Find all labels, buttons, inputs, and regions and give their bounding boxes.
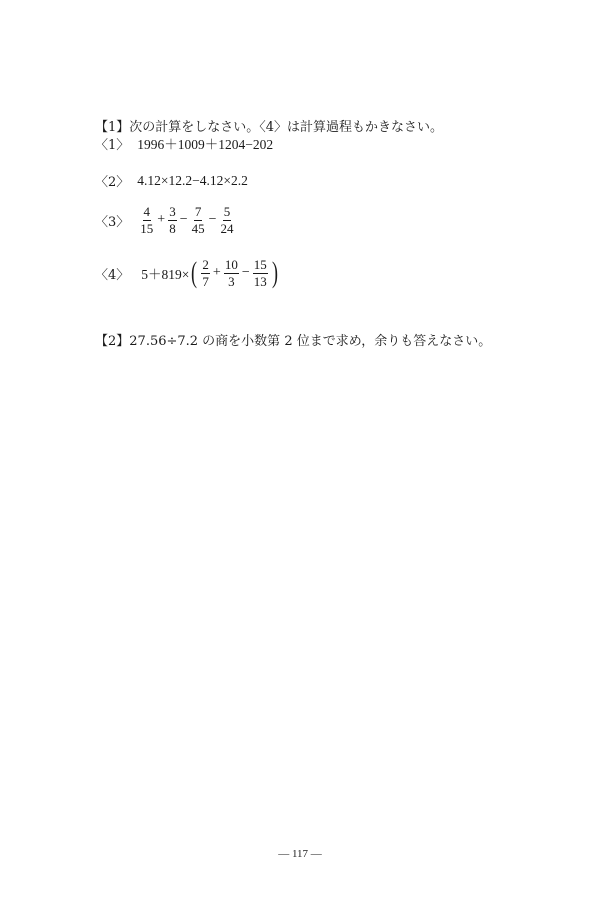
fraction: 103 — [224, 258, 239, 288]
problem-1-label: 〈1〉 — [95, 134, 129, 153]
numerator: 10 — [224, 258, 239, 274]
denominator: 45 — [191, 221, 206, 236]
fraction: 27 — [201, 258, 210, 288]
fraction: 38 — [168, 205, 177, 235]
close-paren: ) — [272, 258, 278, 288]
denominator: 7 — [201, 274, 210, 289]
problem-4-expression: 5＋819× ( 27 + 103 − 1513 ) — [141, 258, 279, 288]
operator: + — [157, 212, 165, 228]
numerator: 4 — [143, 205, 152, 221]
problem-3-label: 〈3〉 — [95, 211, 129, 230]
problem-4: 〈4〉 5＋819× ( 27 + 103 − 1513 ) — [95, 258, 280, 288]
section2-heading: 【2】27.56÷7.2 の商を小数第 2 位まで求め，余りも答えなさい。 — [95, 330, 491, 349]
numerator: 15 — [253, 258, 268, 274]
denominator: 24 — [220, 221, 235, 236]
problem-2-label: 〈2〉 — [95, 171, 129, 190]
fraction: 415 — [139, 205, 154, 235]
problem-3-expression: 415 + 38 − 745 − 524 — [137, 205, 236, 235]
numerator: 7 — [194, 205, 203, 221]
denominator: 3 — [227, 274, 236, 289]
operator: − — [242, 265, 250, 281]
problem-1-expression: 1996＋1009＋1204−202 — [137, 133, 273, 153]
problem-1: 〈1〉 1996＋1009＋1204−202 — [95, 133, 273, 153]
numerator: 2 — [201, 258, 210, 274]
fraction: 524 — [220, 205, 235, 235]
numerator: 3 — [168, 205, 177, 221]
problem-4-label: 〈4〉 — [95, 264, 129, 283]
operator: − — [180, 212, 188, 228]
fraction: 1513 — [253, 258, 268, 288]
problem-3: 〈3〉 415 + 38 − 745 − 524 — [95, 205, 237, 235]
numerator: 5 — [223, 205, 232, 221]
denominator: 13 — [253, 274, 268, 289]
page-number: — 117 — — [0, 848, 600, 860]
operator: − — [209, 212, 217, 228]
problem-2-expression: 4.12×12.2−4.12×2.2 — [137, 173, 248, 189]
denominator: 8 — [168, 221, 177, 236]
denominator: 15 — [139, 221, 154, 236]
problem-4-prefix: 5＋819× — [141, 263, 189, 283]
fraction: 745 — [191, 205, 206, 235]
operator: + — [213, 265, 221, 281]
problem-2: 〈2〉 4.12×12.2−4.12×2.2 — [95, 171, 248, 190]
open-paren: ( — [191, 258, 197, 288]
